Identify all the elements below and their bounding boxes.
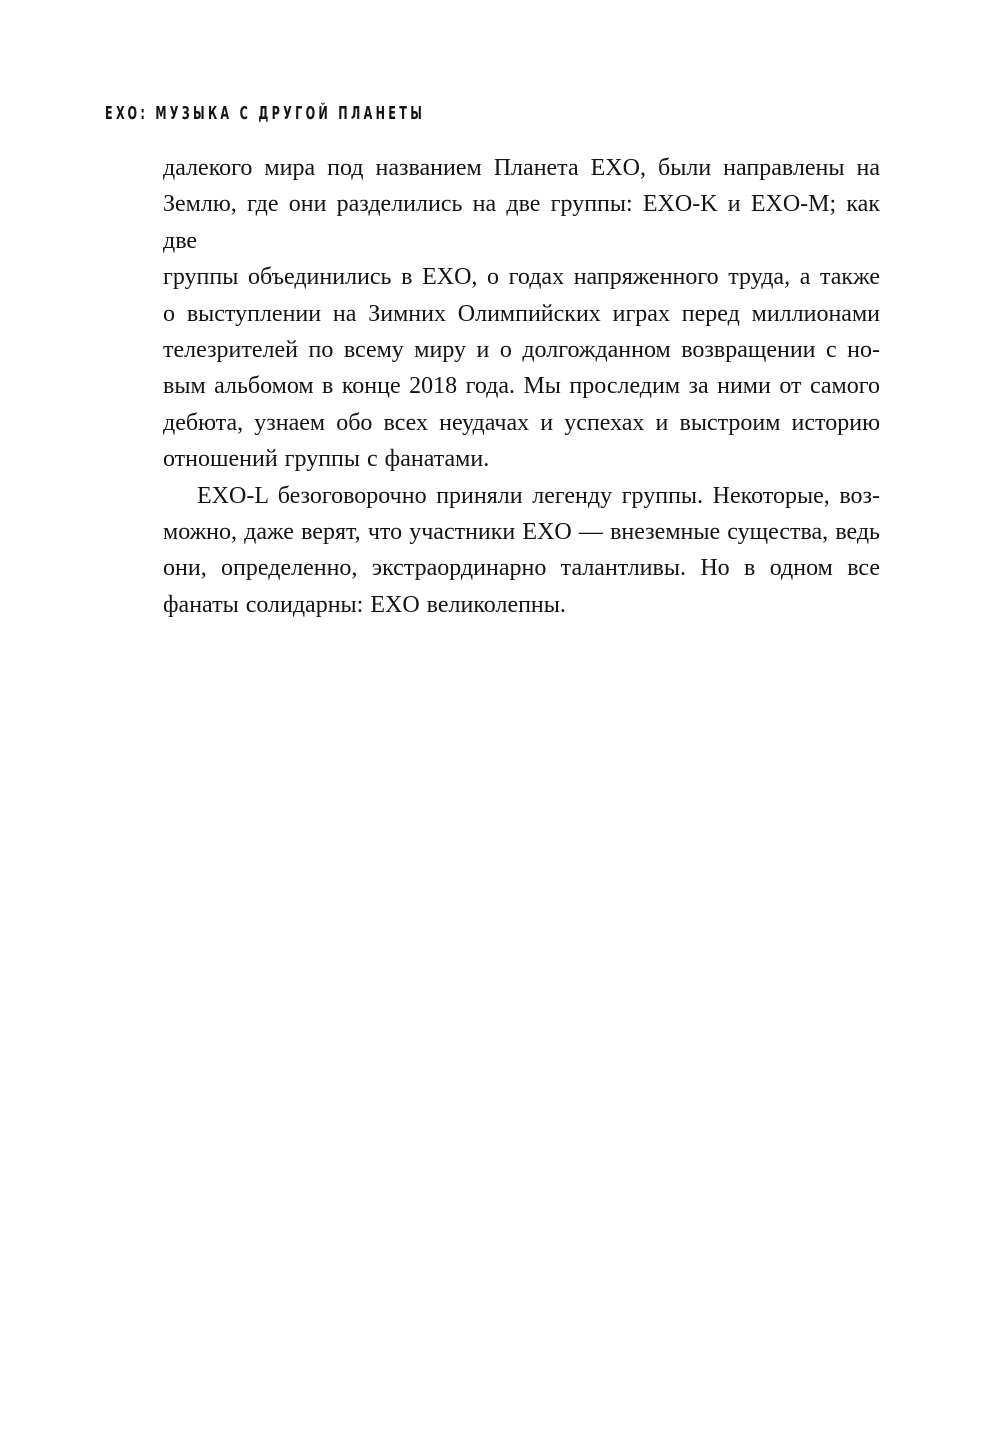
text-line: вым альбомом в конце 2018 года. Мы просл…	[163, 368, 880, 404]
text-line: далекого мира под названием Планета EXO,…	[163, 150, 880, 186]
text-line: отношений группы с фанатами.	[163, 441, 880, 477]
paragraph: далекого мира под названием Планета EXO,…	[163, 150, 880, 478]
text-line: можно, даже верят, что участники EXO — в…	[163, 514, 880, 550]
paragraph: EXO-L безоговорочно приняли легенду груп…	[163, 478, 880, 624]
text-line: они, определенно, экстраординарно талант…	[163, 550, 880, 586]
book-page: EXO: МУЗЫКА С ДРУГОЙ ПЛАНЕТЫ далекого ми…	[0, 0, 986, 1447]
text-line: фанаты солидарны: EXO великолепны.	[163, 587, 880, 623]
text-line: EXO-L безоговорочно приняли легенду груп…	[163, 478, 880, 514]
text-line: телезрителей по всему миру и о долгождан…	[163, 332, 880, 368]
running-header: EXO: МУЗЫКА С ДРУГОЙ ПЛАНЕТЫ	[105, 103, 425, 124]
text-line: Землю, где они разделились на две группы…	[163, 186, 880, 259]
text-line: группы объединились в EXO, о годах напря…	[163, 259, 880, 295]
body-text: далекого мира под названием Планета EXO,…	[163, 150, 880, 623]
text-line: о выступлении на Зимних Олимпийских игра…	[163, 296, 880, 332]
text-line: дебюта, узнаем обо всех неудачах и успех…	[163, 405, 880, 441]
